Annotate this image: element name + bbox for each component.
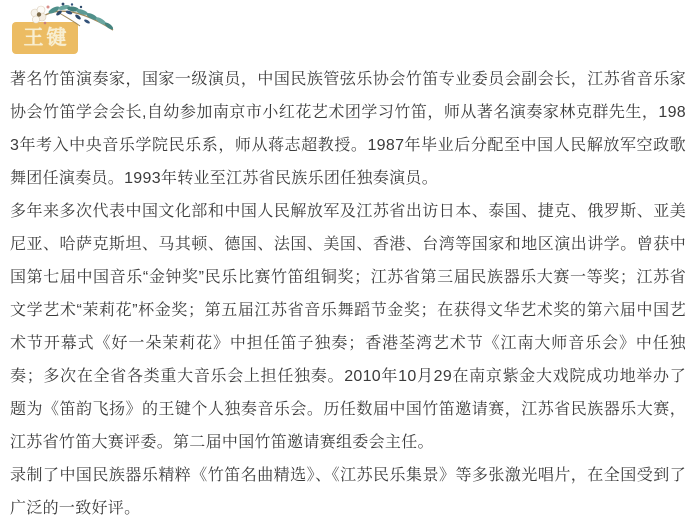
biography-content: 著名竹笛演奏家，国家一级演员，中国民族管弦乐协会竹笛专业委员会副会长，江苏省音乐… xyxy=(0,63,694,524)
bio-paragraph-2: 多年来多次代表中国文化部和中国人民解放军及江苏省出访日本、泰国、捷克、俄罗斯、亚… xyxy=(10,195,686,459)
biography-page: { "page": { "background": "#ffffff", "te… xyxy=(0,0,694,524)
bio-paragraph-3: 录制了中国民族器乐精粹《竹笛名曲精选》、《江苏民乐集景》等多张激光唱片，在全国受… xyxy=(10,459,686,524)
flower xyxy=(31,6,46,23)
page-header: 王键 xyxy=(0,0,694,62)
name-badge: 王键 xyxy=(12,22,78,54)
bio-paragraph-1: 著名竹笛演奏家，国家一级演员，中国民族管弦乐协会竹笛专业委员会副会长，江苏省音乐… xyxy=(10,63,686,195)
name-badge-label: 王键 xyxy=(24,28,70,48)
